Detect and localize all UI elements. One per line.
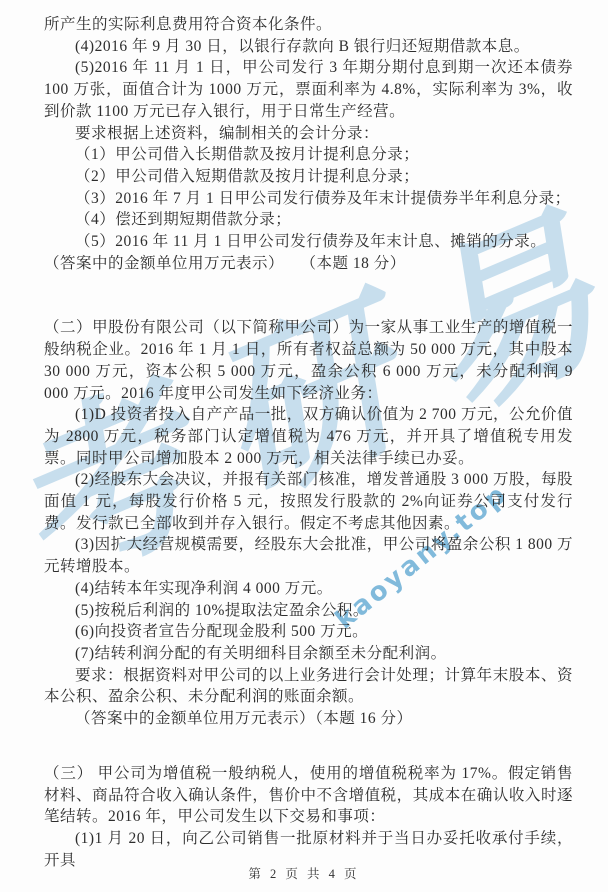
paragraph: （1）甲公司借入长期借款及按月计提利息分录； — [44, 144, 573, 166]
paragraph: (4)2016 年 9 月 30 日，以银行存款向 B 银行归还短期借款本息。 — [44, 36, 573, 58]
paragraph: （3）2016 年 7 月 1 日甲公司发行债券及年末计提债券半年利息分录； — [44, 188, 573, 210]
paragraph: (5)按税后利润的 10%提取法定盈余公积。 — [44, 600, 573, 622]
paragraph: (2)经股东大会决议，并报有关部门核准，增发普通股 3 000 万股，每股面值 … — [44, 469, 573, 534]
paragraph: (5)2016 年 11 月 1 日，甲公司发行 3 年期分期付息到期一次还本债… — [44, 57, 573, 122]
paragraph: (1)D 投资者投入自产产品一批，双方确认价值为 2 700 万元，公允价值为 … — [44, 404, 573, 469]
paragraph: （5）2016 年 11 月 1 日甲公司发行债券及年末计息、摊销的分录。 — [44, 231, 573, 253]
paragraph: （答案中的金额单位用万元表示） （本题 18 分） — [44, 253, 573, 275]
paragraph: (7)结转利润分配的有关明细科目余额至未分配利润。 — [44, 643, 573, 665]
paragraph: （二）甲股份有限公司（以下简称甲公司）为一家从事工业生产的增值税一般纳税企业。2… — [44, 317, 573, 404]
paragraph: (3)因扩大经营规模需要，经股东大会批准，甲公司将盈余公积 1 800 万元转增… — [44, 534, 573, 577]
paragraph: （4）偿还到期短期借款分录； — [44, 209, 573, 231]
paragraph: （答案中的金额单位用万元表示）（本题 16 分） — [44, 708, 573, 730]
page-number-footer: 第 2 页 共 4 页 — [0, 864, 608, 882]
paragraph: (6)向投资者宣告分配现金股利 500 万元。 — [44, 621, 573, 643]
document-body: 所产生的实际利息费用符合资本化条件。(4)2016 年 9 月 30 日，以银行… — [44, 14, 573, 871]
paragraph: 要求根据上述资料，编制相关的会计分录： — [44, 123, 573, 145]
paragraph: 所产生的实际利息费用符合资本化条件。 — [44, 14, 573, 36]
paragraph: (4)结转本年实现净利润 4 000 万元。 — [44, 578, 573, 600]
paragraph: 要求：根据资料对甲公司的以上业务进行会计处理；计算年末股本、资本公积、盈余公积、… — [44, 665, 573, 708]
paragraph: （2）甲公司借入短期借款及按月计提利息分录； — [44, 166, 573, 188]
scanned-document-page: 考研易 kaoyany.top 所产生的实际利息费用符合资本化条件。(4)201… — [0, 0, 608, 892]
paragraph: （三） 甲公司为增值税一般纳税人，使用的增值税税率为 17%。假定销售材料、商品… — [44, 763, 573, 828]
